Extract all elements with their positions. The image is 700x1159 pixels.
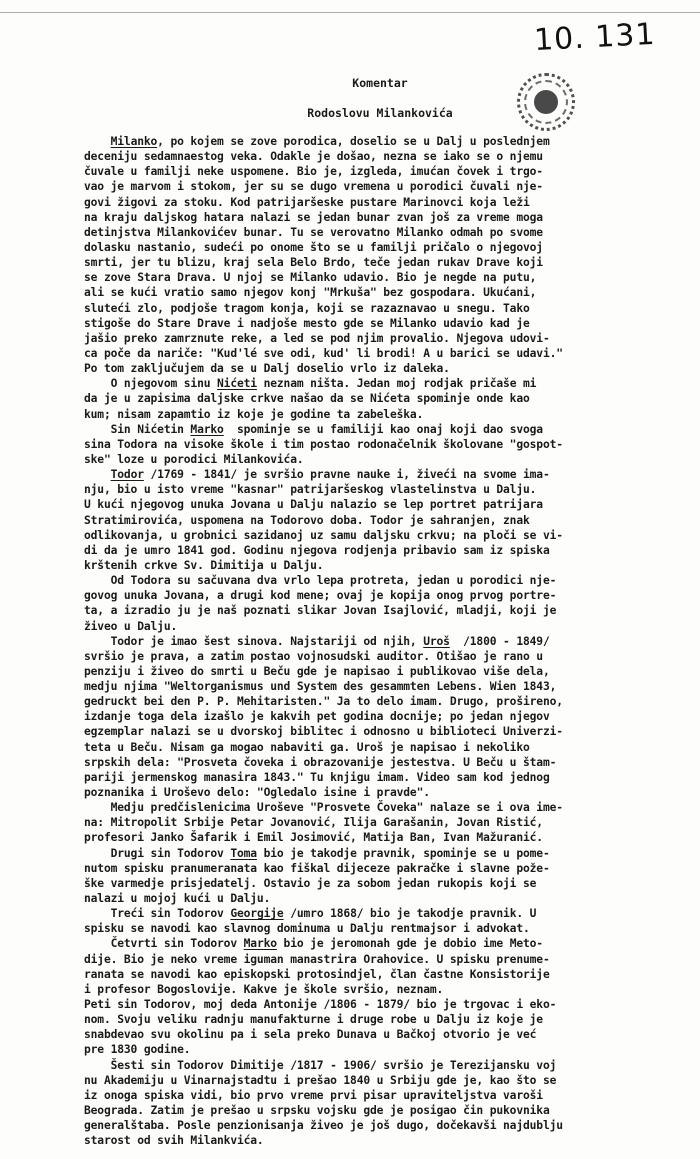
text-line: ali se kući vratio samo njegov konj "Mrk… — [84, 285, 664, 300]
text-line: egzemplar nalazi se u dvorskoj biblitec … — [84, 724, 664, 739]
text-line: gedruckt bei den P. P. Mehitaristen." Ja… — [84, 694, 664, 709]
text-line: vao je marvom i stokom, jer su se dugo v… — [84, 179, 664, 194]
text-line: profesori Janko Šafarik i Emil Josimović… — [84, 830, 664, 845]
text-line: živeo u Dalju. — [84, 619, 664, 634]
text-line: krštenih crkve Sv. Dimitija u Dalju. — [84, 558, 664, 573]
text-line: nju, bio u isto vreme "kasnar" patrijarš… — [84, 482, 664, 497]
handwritten-page-number: 10. 131 — [533, 17, 656, 58]
text-line: da je u zapisima daljske crkve našao da … — [84, 391, 664, 406]
text-line: O njegovom sinu Nićeti neznam ništa. Jed… — [84, 376, 664, 391]
text-line: ranata se navodi kao episkopski protosin… — [84, 967, 664, 982]
text-line: snabdevao svu okolinu pa i sela preko Du… — [84, 1027, 664, 1042]
text-line: dije. Bio je neko vreme iguman manastrir… — [84, 952, 664, 967]
text-line: se zove Stara Drava. U njoj se Milanko u… — [84, 270, 664, 285]
text-line: teta u Beču. Nisam ga mogao nabaviti ga.… — [84, 740, 664, 755]
text-line: na: Mitropolit Srbije Petar Jovanović, I… — [84, 815, 664, 830]
text-line: Od Todora su sačuvana dva vrlo lepa prot… — [84, 573, 664, 588]
text-line: govog unuka Jovana, a drugi kod mene; ov… — [84, 588, 664, 603]
text-line: čuvale u familji neke uspomene. Bio je, … — [84, 164, 664, 179]
text-line: srpskih dela: "Prosveta čoveka i obrazov… — [84, 755, 664, 770]
underlined-name: Toma — [230, 847, 257, 860]
underlined-name: Georgije — [230, 907, 283, 920]
text-line: Todor je imao šest sinova. Najstariji od… — [84, 634, 664, 649]
text-line: deceniju sedamnaestog veka. Odakle je do… — [84, 149, 664, 164]
text-line: iz onoga spiska vidi, bio prvo vreme prv… — [84, 1088, 664, 1103]
underlined-name: Milanko — [111, 135, 158, 148]
document-title: Komentar — [30, 76, 700, 90]
underlined-name: Todor — [111, 468, 144, 481]
text-line: nom. Svoju veliku radnju manufakturne i … — [84, 1012, 664, 1027]
text-line: Todor /1769 - 1841/ je svršio pravne nau… — [84, 467, 664, 482]
text-line: Drugi sin Todorov Toma bio je takodje pr… — [84, 846, 664, 861]
text-line: dolasku nastanio, sudeći po onome što se… — [84, 240, 664, 255]
text-line: pre 1830 godine. — [84, 1042, 664, 1057]
text-line: stigoše do Stare Drave i nadjoše mesto g… — [84, 316, 664, 331]
text-line: ske" loze u porodici Milankovića. — [84, 452, 664, 467]
text-line: Sin Nićetin Marko spominje se u familiji… — [84, 422, 664, 437]
text-line: i profesor Bogoslovije. Kakve je škole s… — [84, 982, 664, 997]
underlined-name: Nićeti — [217, 377, 257, 390]
text-line: pariji jermenskog manasira 1843." Tu knj… — [84, 770, 664, 785]
text-line: odlikovanja, u grobnici sazidanoj uz sam… — [84, 528, 664, 543]
text-line: ške varmedje prisjedatelj. Ostavio je za… — [84, 876, 664, 891]
text-line: Četvrti sin Todorov Marko bio je jeromon… — [84, 936, 664, 951]
text-line: poznanika i Uroševo delo: "Ogledalo isin… — [84, 785, 664, 800]
underlined-name: Uroš — [423, 635, 450, 648]
text-line: spisku se navodi kao slavnog dominuma u … — [84, 921, 664, 936]
underlined-name: Marko — [190, 423, 223, 436]
text-line: Šesti sin Todorov Dimitije /1817 - 1906/… — [84, 1058, 664, 1073]
text-line: medju njima "Weltorganismus und System d… — [84, 679, 664, 694]
text-line: Treći sin Todorov Georgije /umro 1868/ b… — [84, 906, 664, 921]
text-line: sina Todora na visoke škole i tim postao… — [84, 437, 664, 452]
text-line: detinjstva Milankovićev bunar. Tu se ver… — [84, 225, 664, 240]
text-line: U kući njegovog unuka Jovana u Dalju nal… — [84, 497, 664, 512]
text-line: smrti, jer tu blizu, kraj sela Belo Brdo… — [84, 255, 664, 270]
text-line: ca poče da nariče: "Kud'lé sve odi, kud'… — [84, 346, 664, 361]
text-line: izdanje toga dela izašlo je kakvih pet g… — [84, 709, 664, 724]
text-line: Beograda. Zatim je prešao u srpsku vojsk… — [84, 1103, 664, 1118]
text-line: na kraju daljskog hatara nalazi se jedan… — [84, 210, 664, 225]
text-line: ta, a izradio ju je naš poznati slikar J… — [84, 603, 664, 618]
underlined-name: Marko — [244, 937, 277, 950]
text-line: Po tom zaključujem da se u Dalj doselio … — [84, 361, 664, 376]
text-line: di da je umro 1841 god. Godinu njegova r… — [84, 543, 664, 558]
document-body: Milanko, po kojem se zove porodica, dose… — [84, 134, 664, 1148]
text-line: Peti sin Todorov, moj deda Antonije /180… — [84, 997, 664, 1012]
document-subtitle: Rodoslovu Milankovića — [30, 106, 700, 120]
text-line: Stratimirovića, uspomena na Todorovo dob… — [84, 513, 664, 528]
text-line: svršio je prava, a zatim postao vojnosud… — [84, 649, 664, 664]
text-line: sluteći zlo, podjoše tragom konja, koji … — [84, 301, 664, 316]
text-line: generalštaba. Posle penzionisanja živeo … — [84, 1118, 664, 1133]
text-line: nutom spisku pranumeranata kao fiškal di… — [84, 861, 664, 876]
scan-edge-line — [0, 12, 700, 13]
text-line: starost od svih Milankvića. — [84, 1133, 664, 1148]
text-line: Milanko, po kojem se zove porodica, dose… — [84, 134, 664, 149]
text-line: Medju predčislenicima Uroševe "Prosvete … — [84, 800, 664, 815]
text-line: nu Akademiju u Vinarnajstadtu i prešao 1… — [84, 1073, 664, 1088]
text-line: govi žigovi za stoku. Kod patrijaršeske … — [84, 195, 664, 210]
text-line: kum; nisam zapamtio iz koje je godine ta… — [84, 407, 664, 422]
text-line: nalazi u mojoj kući u Dalju. — [84, 891, 664, 906]
text-line: jašio preko zamrznute reke, a led se pod… — [84, 331, 664, 346]
text-line: penziju i živeo do smrti u Beču gde je n… — [84, 664, 664, 679]
